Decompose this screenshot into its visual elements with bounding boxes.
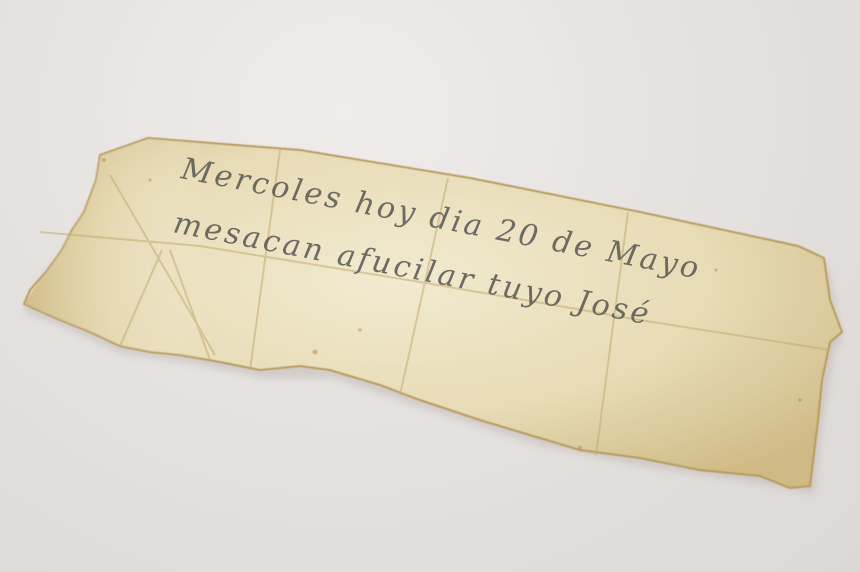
photo-scene: Mercoles hoy dia 20 de Mayo mesacan afuc… xyxy=(0,0,860,572)
paper-note xyxy=(24,138,842,488)
